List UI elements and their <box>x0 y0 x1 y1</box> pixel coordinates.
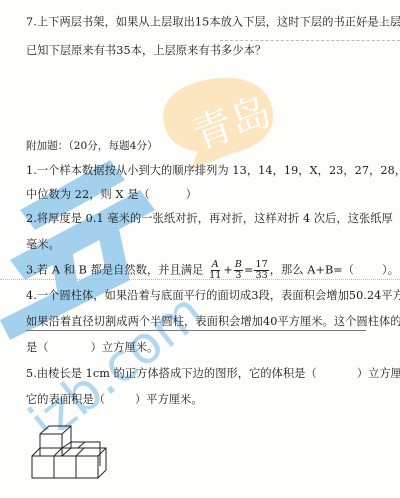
cube-stack-figure <box>30 424 120 488</box>
q5-unit: ）立方厘米， <box>357 367 400 380</box>
equals-sign: = <box>244 264 253 277</box>
q4-unit: ）立方厘米。 <box>91 341 159 354</box>
plus-sign: + <box>223 264 232 277</box>
q1-text: 中位数为 22，则 X 是（ <box>26 188 150 201</box>
bonus-q1-line-1: 1.一个样本数据按从小到大的顺序排列为 13，14，19，X，23，27，28，… <box>26 164 400 178</box>
q3-close: ）。 <box>382 264 399 277</box>
watermark-url: jzb.com <box>18 282 200 430</box>
bonus-q4-line-1: 4.一个圆柱体，如果沿着与底面平行的面切成3段，表面积会增加50.24平方厘米。 <box>26 289 400 303</box>
bonus-q4-line-2: 如果沿着直径切割成两个半圆柱，表面积会增加40平方厘米。这个圆柱体的体积 <box>26 315 400 329</box>
bonus-q2-line-1: 2.将厚度是 0.1 毫米的一张纸对折，再对折，这样对折 4 次后，这张纸厚（） <box>26 212 400 226</box>
q4-text: 是（ <box>26 341 49 354</box>
q2-text: 2.将厚度是 0.1 毫米的一张纸对折，再对折，这样对折 4 次后，这张纸厚（ <box>26 212 400 225</box>
bonus-q3-line: 3.若 A 和 B 都是自然数，并且满足 A11+B3=1733，那么 A+B=… <box>26 260 399 281</box>
q5-text: 5.由棱长是 1cm 的正方体搭成下边的图形，它的体积是（ <box>26 367 317 380</box>
bonus-q2-line-2: 毫米。 <box>26 238 60 252</box>
bonus-q5-line-2: 它的表面积是（）平方厘米。 <box>26 393 203 407</box>
q3-text-suffix: ，那么 A+B=（ <box>270 264 354 277</box>
fraction-denominator: 3 <box>234 271 242 281</box>
q3-text: 3.若 A 和 B 都是自然数，并且满足 <box>26 264 203 277</box>
badge-text: 青岛 <box>186 88 277 159</box>
q5-text-2: 它的表面积是（ <box>26 393 105 406</box>
bonus-q5-line-1: 5.由棱长是 1cm 的正方体搭成下边的图形，它的体积是（）立方厘米， <box>26 367 400 381</box>
bonus-heading: 附加题：（20分，每题4分） <box>26 139 158 153</box>
bonus-q4-line-3: 是（）立方厘米。 <box>26 341 158 355</box>
q7-line-1: 7.上下两层书架，如果从上层取出15本放入下层，这时下层的书正好是上层的57。 <box>26 12 400 33</box>
q7-line-2: 已知下层原来有书35本，上层原来有书多少本？ <box>26 44 266 58</box>
qingdao-badge-watermark: 青岛 <box>150 72 280 172</box>
q3-fraction-a: A11 <box>208 260 222 281</box>
q7-text: 7.上下两层书架，如果从上层取出15本放入下层，这时下层的书正好是上层的 <box>26 16 400 29</box>
q1-close: ） <box>186 188 197 201</box>
fraction-denominator: 33 <box>254 271 268 281</box>
scan-line <box>220 40 400 41</box>
q3-fraction-result: 1733 <box>254 260 268 281</box>
q3-fraction-b: B3 <box>234 260 243 281</box>
fraction-denominator: 11 <box>208 271 222 281</box>
bonus-q1-line-2: 中位数为 22，则 X 是（） <box>26 188 197 202</box>
exam-page: 青岛 jzb.com 7.上下两层书架，如果从上层取出15本放入下层，这时下层的… <box>0 0 400 498</box>
q5-unit-2: ）平方厘米。 <box>135 393 203 406</box>
underline <box>26 330 366 331</box>
